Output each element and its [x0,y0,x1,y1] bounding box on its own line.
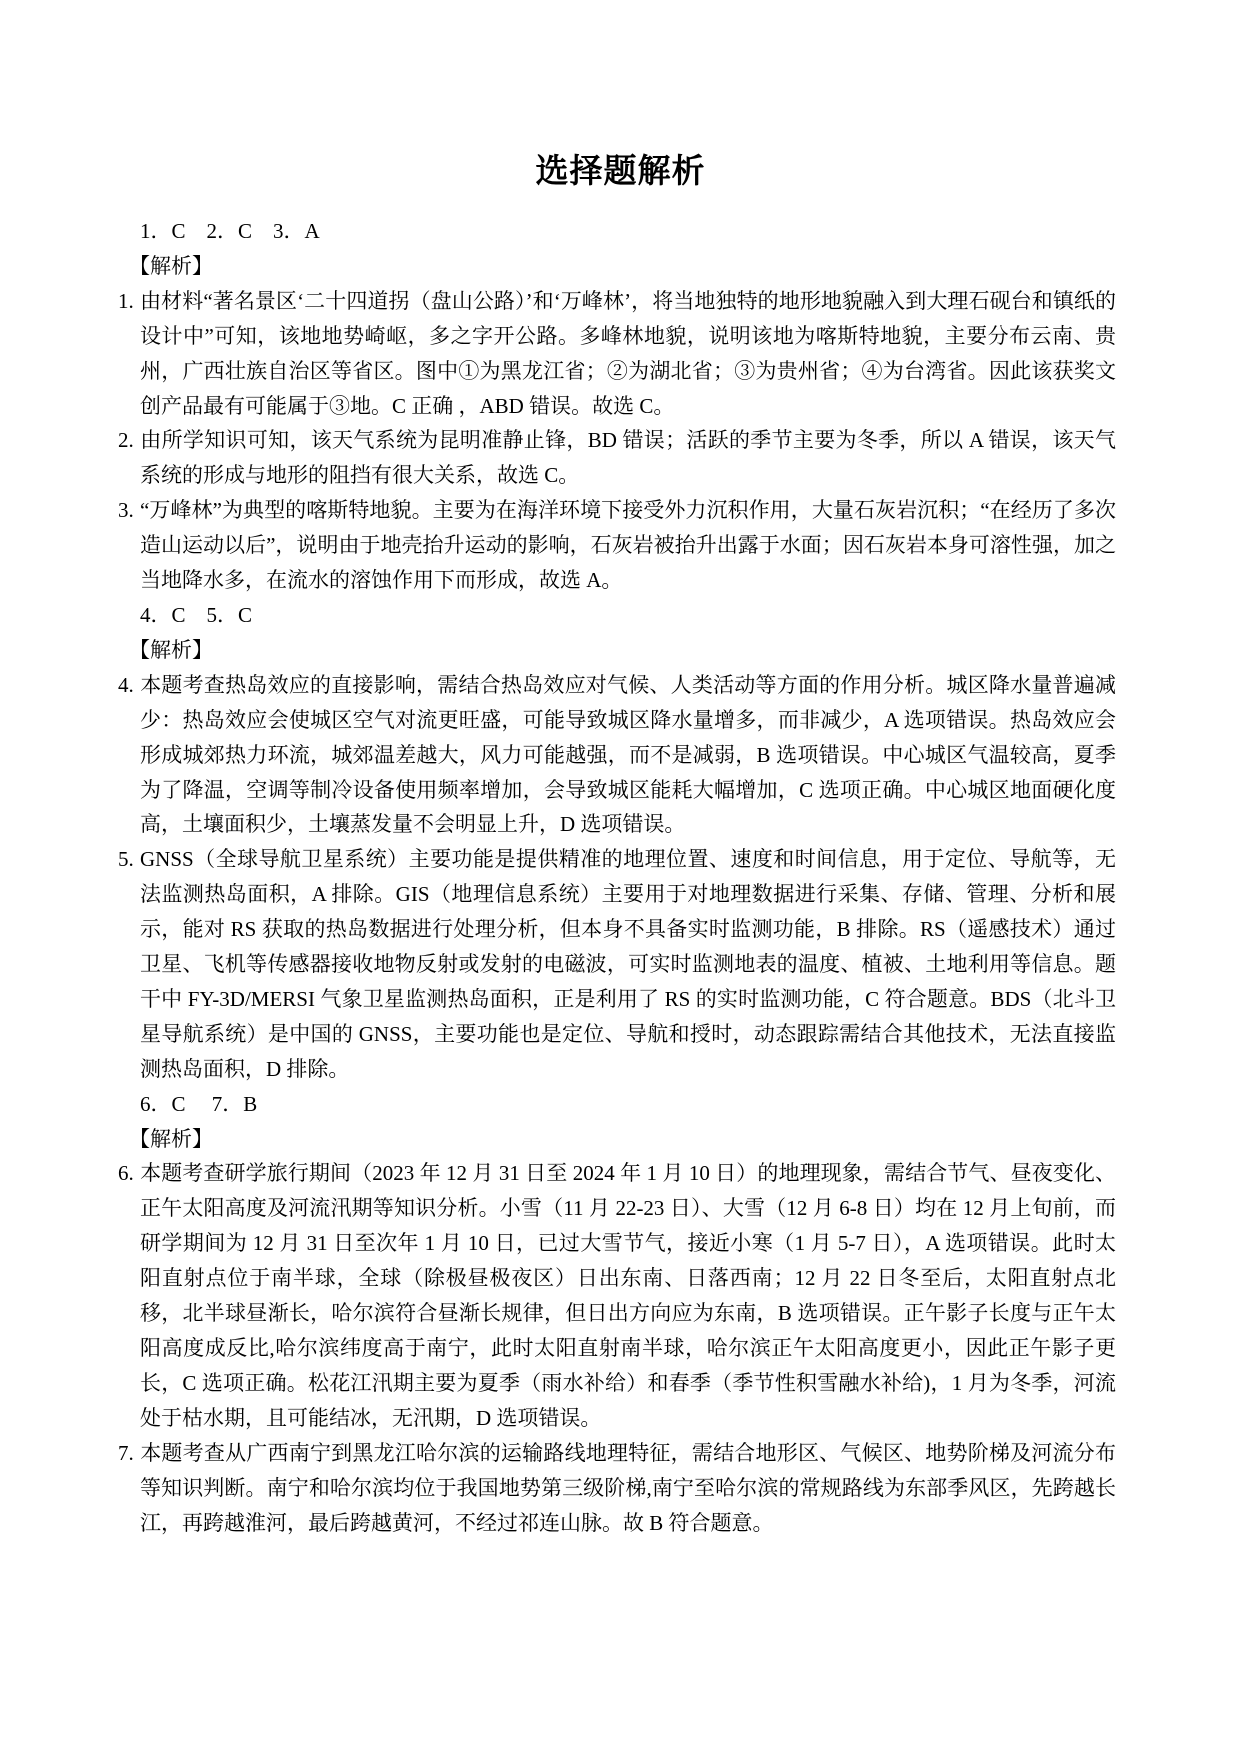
answer-line: 6．C 7．B [140,1087,1116,1122]
item-text: 本题考查热岛效应的直接影响，需结合热岛效应对气候、人类活动等方面的作用分析。城区… [140,673,1116,837]
analysis-label: 【解析】 [129,1122,1116,1157]
item-number: 1. [118,284,140,319]
item-number: 2. [118,423,140,458]
item-text: 本题考查从广西南宁到黑龙江哈尔滨的运输路线地理特征，需结合地形区、气候区、地势阶… [140,1441,1116,1535]
explanation-item: 7.本题考查从广西南宁到黑龙江哈尔滨的运输路线地理特征，需结合地形区、气候区、地… [140,1436,1116,1541]
explanation-item: 3.“万峰林”为典型的喀斯特地貌。主要为在海洋环境下接受外力沉积作用，大量石灰岩… [140,493,1116,598]
item-number: 5. [118,842,140,877]
analysis-label: 【解析】 [129,249,1116,284]
item-text: “万峰林”为典型的喀斯特地貌。主要为在海洋环境下接受外力沉积作用，大量石灰岩沉积… [140,498,1116,592]
answer-line: 4．C 5．C [140,598,1116,633]
analysis-label: 【解析】 [129,633,1116,668]
item-text: GNSS（全球导航卫星系统）主要功能是提供精准的地理位置、速度和时间信息，用于定… [140,847,1116,1080]
item-text: 由所学知识可知，该天气系统为昆明准静止锋，BD 错误；活跃的季节主要为冬季，所以… [140,428,1116,487]
document-content: 1．C 2．C 3．A 【解析】 1.由材料“著名景区‘二十四道拐（盘山公路）’… [140,214,1116,1540]
document-page: 选择题解析 1．C 2．C 3．A 【解析】 1.由材料“著名景区‘二十四道拐（… [0,0,1241,1755]
explanation-item: 6.本题考查研学旅行期间（2023 年 12 月 31 日至 2024 年 1 … [140,1156,1116,1435]
explanation-item: 2.由所学知识可知，该天气系统为昆明准静止锋，BD 错误；活跃的季节主要为冬季，… [140,423,1116,493]
page-title: 选择题解析 [0,150,1241,192]
item-text: 由材料“著名景区‘二十四道拐（盘山公路）’和‘万峰林’，将当地独特的地形地貌融入… [140,289,1116,418]
explanation-item: 4.本题考查热岛效应的直接影响，需结合热岛效应对气候、人类活动等方面的作用分析。… [140,668,1116,843]
item-text: 本题考查研学旅行期间（2023 年 12 月 31 日至 2024 年 1 月 … [140,1161,1116,1429]
item-number: 3. [118,493,140,528]
explanation-item: 1.由材料“著名景区‘二十四道拐（盘山公路）’和‘万峰林’，将当地独特的地形地貌… [140,284,1116,424]
item-number: 4. [118,668,140,703]
explanation-item: 5.GNSS（全球导航卫星系统）主要功能是提供精准的地理位置、速度和时间信息，用… [140,842,1116,1086]
item-number: 7. [118,1436,140,1471]
answer-line: 1．C 2．C 3．A [140,214,1116,249]
item-number: 6. [118,1156,140,1191]
